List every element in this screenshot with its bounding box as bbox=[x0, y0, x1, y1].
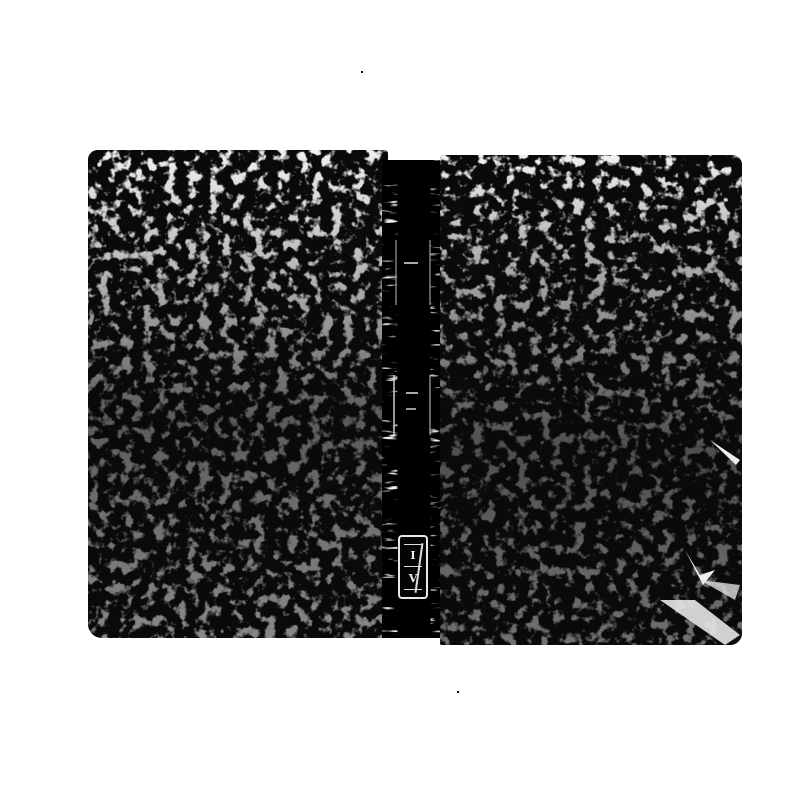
volume-numeral-top: I bbox=[410, 550, 415, 561]
marbled-texture bbox=[88, 150, 388, 638]
dust-speck bbox=[361, 71, 363, 73]
spine-volume-label: I V bbox=[398, 535, 428, 599]
worn-corner bbox=[655, 540, 740, 645]
front-cover bbox=[88, 150, 388, 638]
dust-speck bbox=[457, 691, 459, 693]
